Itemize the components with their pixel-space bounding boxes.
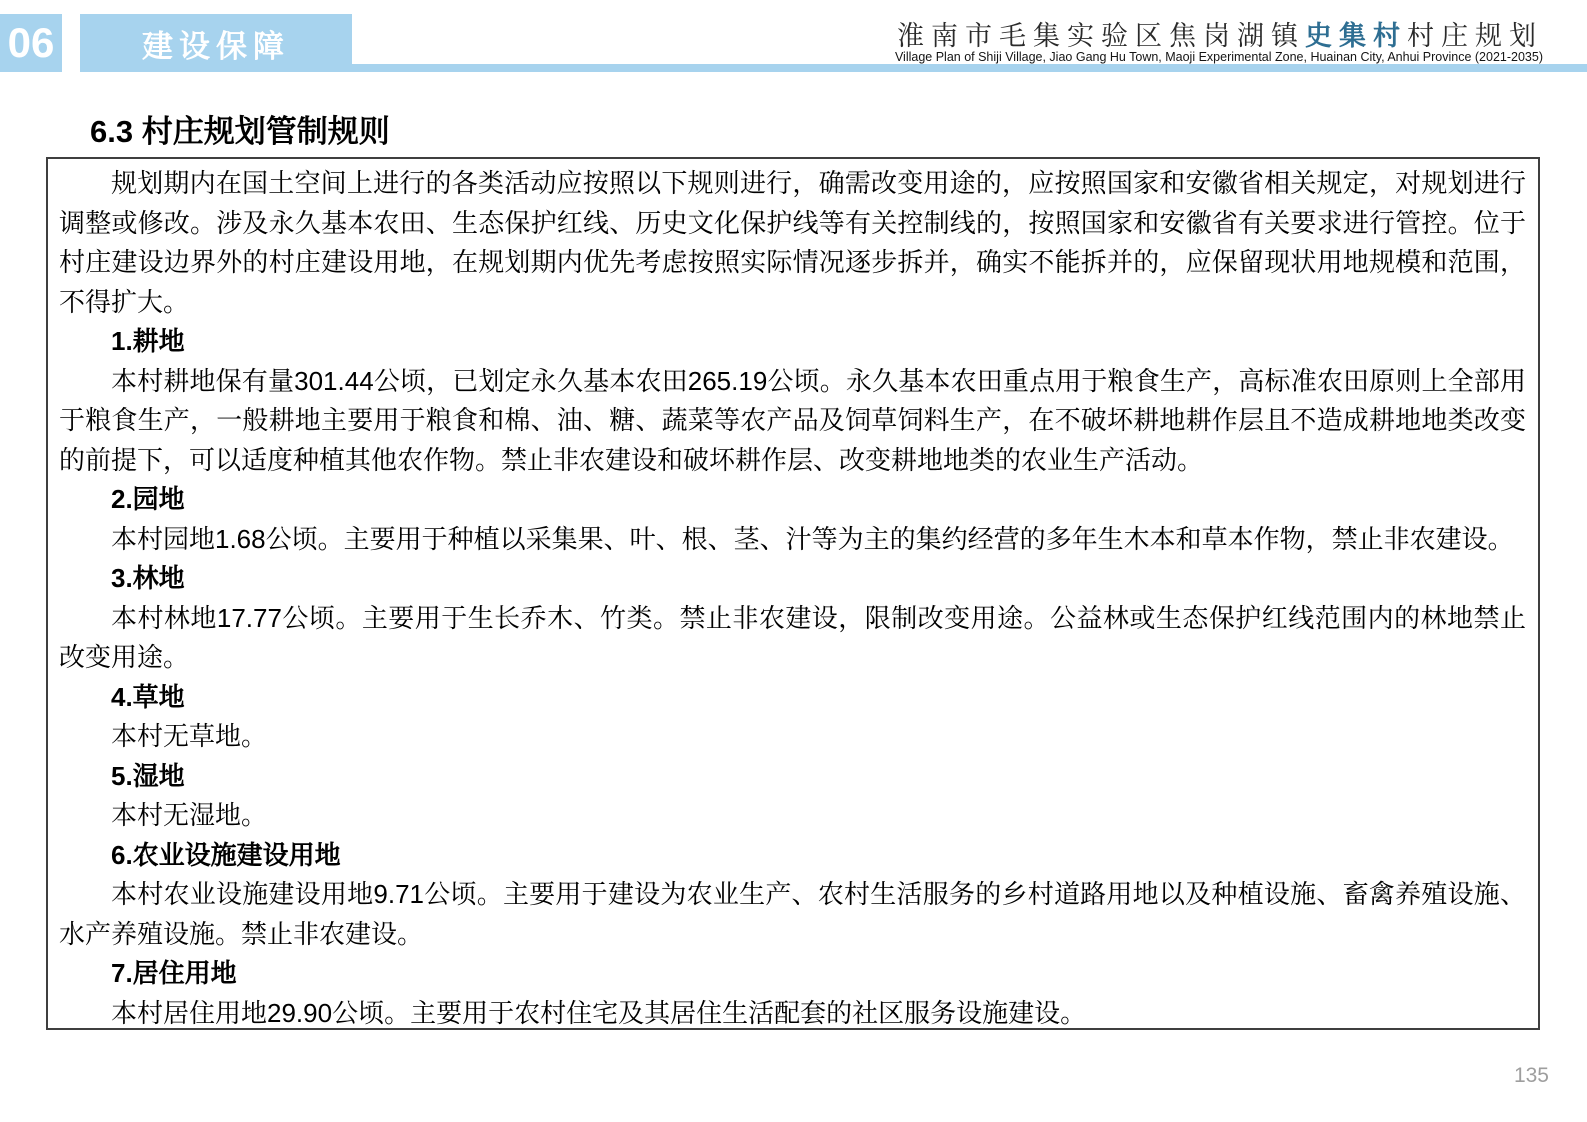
page-number: 135	[1514, 1064, 1549, 1088]
rule-title: 4.草地	[59, 678, 1526, 718]
rule-title: 7.居住用地	[59, 954, 1526, 994]
rule-body: 本村无湿地。	[59, 796, 1526, 836]
chapter-title-banner: 建设保障	[80, 14, 352, 72]
rule-body: 本村园地1.68公顷。主要用于种植以采集果、叶、根、茎、汁等为主的集约经营的多年…	[59, 520, 1526, 560]
chapter-number: 06	[8, 19, 55, 67]
document-subtitle-english: Village Plan of Shiji Village, Jiao Gang…	[895, 50, 1543, 64]
rule-block-agricultural-facility-land: 6.农业设施建设用地 本村农业设施建设用地9.71公顷。主要用于建设为农业生产、…	[59, 836, 1526, 955]
rule-block-residential-land: 7.居住用地 本村居住用地29.90公顷。主要用于农村住宅及其居住生活配套的社区…	[59, 954, 1526, 1030]
rule-title: 6.农业设施建设用地	[59, 836, 1526, 876]
document-title: 淮南市毛集实验区焦岗湖镇史集村村庄规划	[897, 14, 1543, 53]
rule-body: 本村无草地。	[59, 717, 1526, 757]
rule-block-cultivated-land: 1.耕地 本村耕地保有量301.44公顷，已划定永久基本农田265.19公顷。永…	[59, 322, 1526, 480]
document-title-prefix: 淮南市毛集实验区焦岗湖镇	[897, 21, 1305, 52]
rule-block-wetland: 5.湿地 本村无湿地。	[59, 757, 1526, 836]
rule-body: 本村耕地保有量301.44公顷，已划定永久基本农田265.19公顷。永久基本农田…	[59, 362, 1526, 481]
chapter-number-badge: 06	[0, 14, 62, 72]
document-title-village-name: 史集村	[1305, 21, 1407, 52]
intro-paragraph: 规划期内在国土空间上进行的各类活动应按照以下规则进行，确需改变用途的，应按照国家…	[59, 164, 1526, 322]
rule-body: 本村农业设施建设用地9.71公顷。主要用于建设为农业生产、农村生活服务的乡村道路…	[59, 875, 1526, 954]
rule-block-garden-land: 2.园地 本村园地1.68公顷。主要用于种植以采集果、叶、根、茎、汁等为主的集约…	[59, 480, 1526, 559]
rule-title: 3.林地	[59, 559, 1526, 599]
header-accent-strip	[352, 64, 1587, 72]
rule-block-forest-land: 3.林地 本村林地17.77公顷。主要用于生长乔木、竹类。禁止非农建设，限制改变…	[59, 559, 1526, 678]
rule-body: 本村林地17.77公顷。主要用于生长乔木、竹类。禁止非农建设，限制改变用途。公益…	[59, 599, 1526, 678]
rule-title: 1.耕地	[59, 322, 1526, 362]
rule-block-grassland: 4.草地 本村无草地。	[59, 678, 1526, 757]
rule-title: 5.湿地	[59, 757, 1526, 797]
chapter-title: 建设保障	[142, 21, 290, 66]
rule-title: 2.园地	[59, 480, 1526, 520]
rule-body: 本村居住用地29.90公顷。主要用于农村住宅及其居住生活配套的社区服务设施建设。	[59, 994, 1526, 1031]
section-heading: 6.3 村庄规划管制规则	[90, 106, 390, 151]
regulation-content-box: 规划期内在国土空间上进行的各类活动应按照以下规则进行，确需改变用途的，应按照国家…	[46, 157, 1540, 1030]
document-title-suffix: 村庄规划	[1407, 21, 1543, 52]
